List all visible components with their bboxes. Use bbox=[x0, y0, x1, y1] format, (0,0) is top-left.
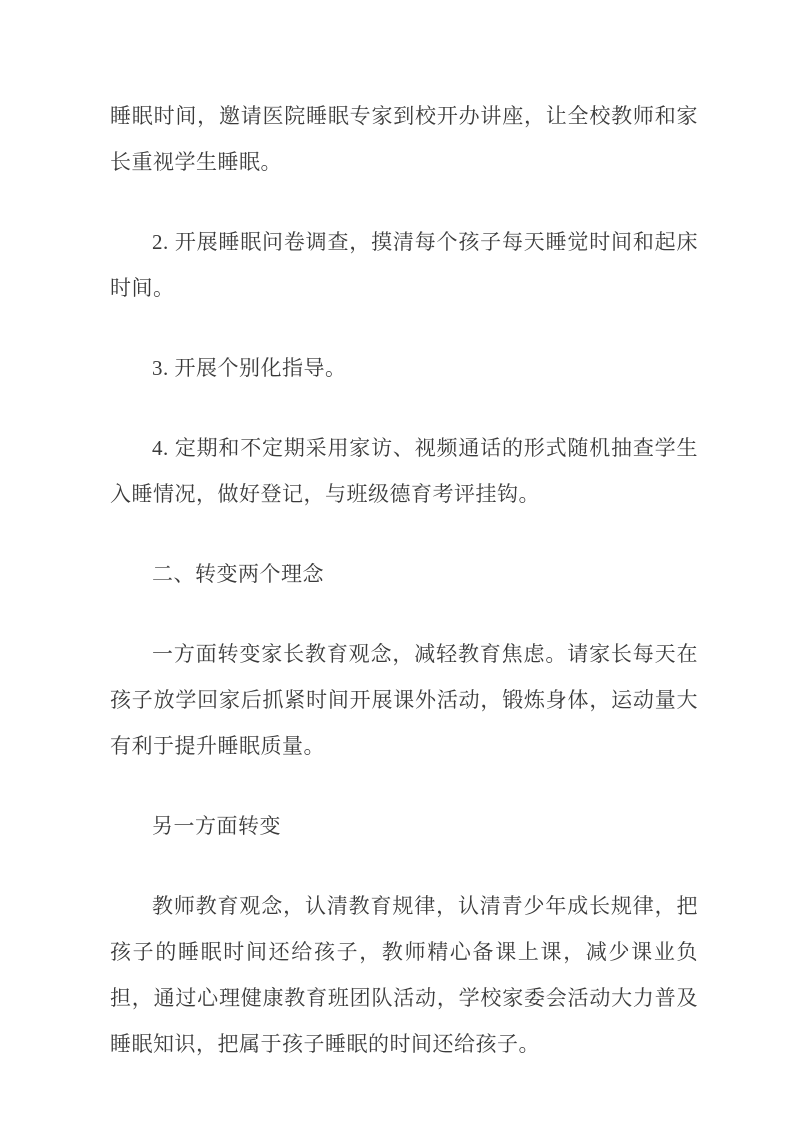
document-page: 睡眠时间，邀请医院睡眠专家到校开办讲座，让全校教师和家长重视学生睡眠。 2. 开… bbox=[0, 0, 793, 1122]
paragraph-continuation: 睡眠时间，邀请医院睡眠专家到校开办讲座，让全校教师和家长重视学生睡眠。 bbox=[110, 93, 698, 185]
paragraph-item-4: 4. 定期和不定期采用家访、视频通话的形式随机抽查学生入睡情况，做好登记，与班级… bbox=[110, 425, 698, 517]
paragraph-parents-concept: 一方面转变家长教育观念，减轻教育焦虑。请家长每天在孩子放学回家后抓紧时间开展课外… bbox=[110, 631, 698, 769]
paragraph-other-aspect: 另一方面转变 bbox=[110, 803, 698, 849]
paragraph-item-2: 2. 开展睡眠问卷调查，摸清每个孩子每天睡觉时间和起床时间。 bbox=[110, 219, 698, 311]
paragraph-teachers-concept: 教师教育观念，认清教育规律，认清青少年成长规律，把孩子的睡眠时间还给孩子，教师精… bbox=[110, 883, 698, 1067]
section-heading-two: 二、转变两个理念 bbox=[110, 551, 698, 597]
paragraph-item-3: 3. 开展个别化指导。 bbox=[110, 345, 698, 391]
